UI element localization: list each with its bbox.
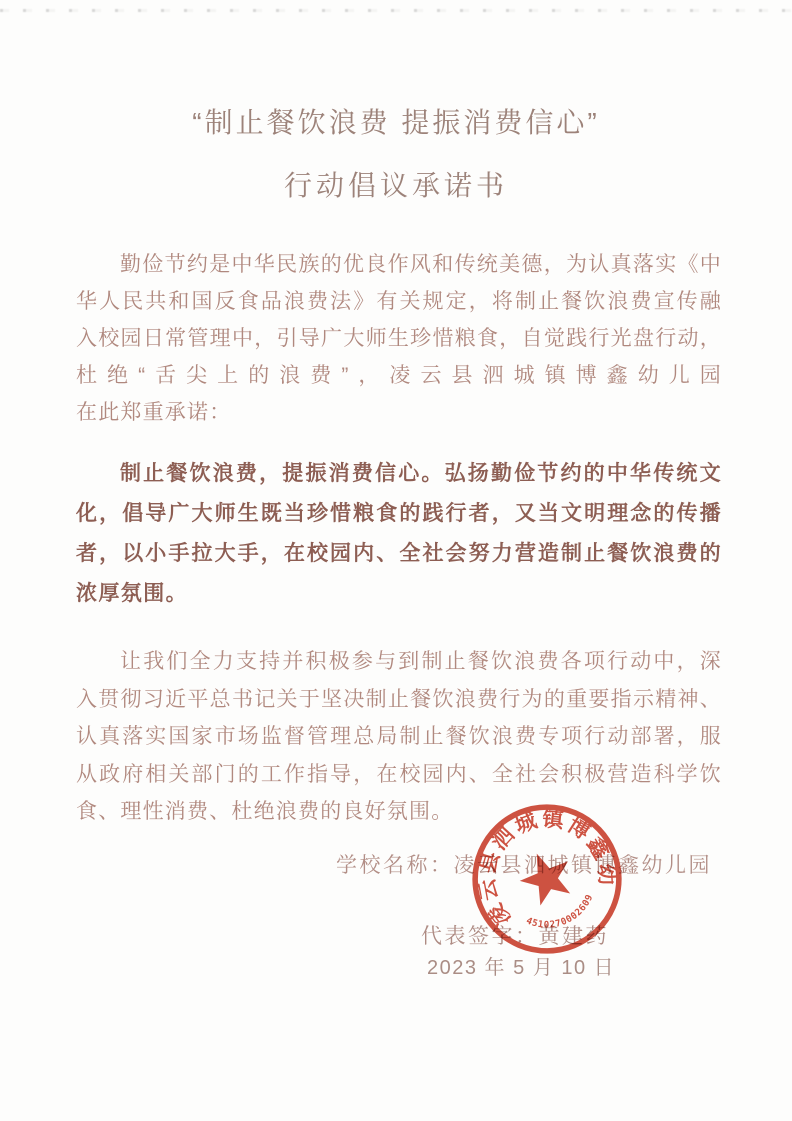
document-title-line1: “制止餐饮浪费 提振消费信心” [0, 101, 792, 141]
paragraph-line: 化，倡导广大师生既当珍惜粮食的践行者，又当文明理念的传播 [76, 494, 722, 534]
paragraph-line: 从政府相关部门的工作指导，在校园内、全社会积极营造科学饮 [76, 756, 722, 794]
document-title-line2: 行动倡议承诺书 [0, 164, 792, 204]
scanned-document-page: “制止餐饮浪费 提振消费信心” 行动倡议承诺书 勤俭节约是中华民族的优良作风和传… [0, 0, 792, 1121]
star-icon [513, 844, 580, 909]
paragraph-line: 浓厚氛围。 [76, 574, 722, 614]
paragraph-line: 让我们全力支持并积极参与到制止餐饮浪费各项行动中，深 [76, 643, 722, 681]
paragraph-2-pledge: 制止餐饮浪费，提振消费信心。弘扬勤俭节约的中华传统文 化，倡导广大师生既当珍惜粮… [76, 454, 722, 614]
paragraph-line: 者，以小手拉大手，在校园内、全社会努力营造制止餐饮浪费的 [76, 534, 722, 574]
official-seal-stamp: 凌云县泗城镇博鑫幼儿园 4510270002609 [464, 796, 630, 962]
paragraph-line: 入校园日常管理中，引导广大师生珍惜粮食，自觉践行光盘行动， [76, 320, 722, 357]
paragraph-line: 入贯彻习近平总书记关于坚决制止餐饮浪费行为的重要指示精神、 [76, 681, 722, 719]
paragraph-line: 勤俭节约是中华民族的优良作风和传统美德，为认真落实《中 [76, 246, 722, 283]
paragraph-1: 勤俭节约是中华民族的优良作风和传统美德，为认真落实《中 华人民共和国反食品浪费法… [76, 246, 722, 431]
paragraph-line: 在此郑重承诺： [76, 394, 722, 431]
paragraph-line: 认真落实国家市场监督管理总局制止餐饮浪费专项行动部署，服 [76, 718, 722, 756]
scan-artifact-line [0, 9, 792, 12]
paragraph-line: 制止餐饮浪费，提振消费信心。弘扬勤俭节约的中华传统文 [76, 454, 722, 494]
paragraph-line: 杜绝“舌尖上的浪费”，凌云县泗城镇博鑫幼儿园 [76, 357, 722, 394]
paragraph-line: 华人民共和国反食品浪费法》有关规定，将制止餐饮浪费宣传融 [76, 283, 722, 320]
